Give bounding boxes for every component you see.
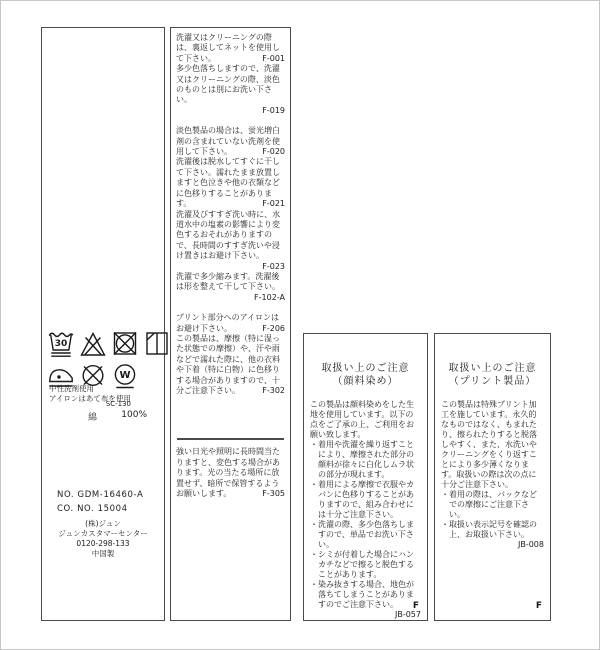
notice-bullet: ・着用や洗濯を繰り返すことにより、摩擦された部分の顔料が徐々に白化しムラ状の部分… [310, 440, 421, 480]
care-symbols-panel: 30 [41, 27, 165, 621]
wash-instruction: プリント部分へのアイロンはお避け下さい。F-206 [176, 313, 285, 334]
instruction-code: F-020 [262, 147, 285, 157]
instruction-code: F-102-A [176, 293, 285, 303]
notice-bullet: ・取扱い表示記号を確認の上、お取扱い下さい。JB-008 [441, 520, 544, 550]
care-note-detergent: 中性洗剤使用 [49, 384, 131, 394]
instruction-code: F-021 [262, 199, 285, 209]
company-info: (株)ジュン ジュンカスタマーセンター 0120-298-133 中国製 [42, 519, 164, 559]
instruction-text: この製品は、摩擦（特に湿った状態での摩擦）や、汗や雨などで濡れた際に、他の衣料や… [176, 334, 280, 395]
instruction-code: F-305 [262, 489, 285, 499]
wash-instruction: この製品は、摩擦（特に湿った状態での摩擦）や、汗や雨などで濡れた際に、他の衣料や… [176, 334, 285, 396]
print-product-notice-panel: 取扱い上のご注意 （プリント製品） この製品は特殊プリント加工を施しています。永… [434, 333, 551, 621]
wash-temp-label: 30 [55, 339, 68, 349]
notice-title-line2: （プリント製品） [441, 375, 544, 388]
country-of-origin: 中国製 [42, 549, 164, 559]
wash-instruction: 洗濯又はクリーニングの際は、裏返してネットを使用して下さい。F-001 [176, 33, 285, 64]
pigment-dye-notice-panel: 取扱い上のご注意 （顔料染め） この製品は顔料染めをした生地を使用しています。以… [303, 333, 428, 621]
instruction-text: 洗濯及びすすぎ洗い時に、水道水中の塩素の影響により変色するおそれがありますので、… [176, 210, 280, 261]
material-composition: 綿 100% [88, 410, 147, 423]
phone-number: 0120-298-133 [42, 539, 164, 549]
notice-title-line2: （顔料染め） [310, 375, 421, 388]
section-divider [177, 438, 284, 440]
do-not-bleach-icon [80, 330, 106, 358]
notice-bullet: ・着用による摩擦で衣服やカバンに色移りすることがありますので、組み合わせには十分… [310, 480, 421, 520]
wet-clean-letter: W [119, 370, 130, 381]
f-mark: F [536, 601, 542, 611]
wash-instruction: 洗濯で多少縮みます。洗濯後は形を整えて干して下さい。F-102-A [176, 272, 285, 303]
notice-bullet: ・洗濯の際、多少色落ちしますので、単品でお洗い下さい。 [310, 520, 421, 550]
storage-instruction: 強い日光や照明に長時間当たりますと、変色する場合があります。光の当たる場所に放置… [176, 447, 285, 499]
fiber-percentage: 100% [121, 410, 147, 423]
notice-bullet: ・染み抜きする場合、地色が落ちてしまうことがありますのでご注意下さい。JB-05… [310, 580, 421, 620]
instruction-code: F-019 [176, 106, 285, 116]
sc-code: SC-130 [106, 400, 131, 408]
notice-title: 取扱い上のご注意 （プリント製品） [441, 362, 544, 388]
notice-bullet: ・シミが付着した場合にハンカチなどで擦ると脱色することがあります。 [310, 550, 421, 580]
fiber-name: 綿 [88, 410, 97, 423]
notice-intro: この製品は特殊プリント加工を施しています。永久的なものではなく、もまれたり、擦ら… [441, 400, 544, 490]
f-mark: F [413, 601, 419, 611]
notice-title-line1: 取扱い上のご注意 [310, 362, 421, 375]
instruction-code: F-206 [262, 324, 285, 334]
wash-instruction: 多少色落ちしますので、洗濯又はクリーニングの際、淡色のものとは別にお洗い下さい。… [176, 64, 285, 116]
wash-instruction: 洗濯及びすすぎ洗い時に、水道水中の塩素の影響により変色するおそれがありますので、… [176, 210, 285, 272]
wash-instruction: 淡色製品の場合は、蛍光増白剤の含まれていない洗剤を使用して下さい。F-020 [176, 126, 285, 157]
notice-bullet: ・着用の際は、バックなどでの摩擦にご注意下さい。 [441, 490, 544, 520]
notice-code: JB-008 [518, 540, 544, 550]
care-symbols-row-1: 30 [48, 330, 161, 358]
instruction-code: F-023 [262, 262, 285, 272]
instruction-text: 多少色落ちしますので、洗濯又はクリーニングの際、淡色のものとは別にお洗い下さい。 [176, 64, 280, 104]
instruction-code: F-001 [262, 54, 285, 64]
wash-instruction: 洗濯後は脱水してすぐに干して下さい。濡れたまま放置しますと色泣きや他の衣類などに… [176, 157, 285, 209]
notice-bullet-text: ・染み抜きする場合、地色が落ちてしまうことがありますのでご注意下さい。 [310, 580, 414, 609]
company-name: (株)ジュン [42, 519, 164, 529]
notice-title: 取扱い上のご注意 （顔料染め） [310, 362, 421, 388]
company-number: CO. NO. 15004 [57, 504, 128, 514]
instruction-code: F-302 [262, 386, 285, 396]
product-number: NO. GDM-16460-A [57, 490, 143, 500]
instruction-text: 洗濯で多少縮みます。洗濯後は形を整えて干して下さい。 [176, 272, 280, 291]
notice-bullet-text: ・取扱い表示記号を確認の上、お取扱い下さい。 [441, 520, 537, 539]
notice-code: JB-057 [395, 610, 421, 620]
wash-instructions-panel: 洗濯又はクリーニングの際は、裏返してネットを使用して下さい。F-001 多少色落… [170, 27, 291, 621]
do-not-tumble-dry-icon [112, 330, 138, 358]
customer-center: ジュンカスタマーセンター [42, 529, 164, 539]
notice-intro: この製品は顔料染めをした生地を使用しています。以下の点をご了承の上、ご利用をお願… [310, 400, 421, 440]
machine-wash-30-very-gentle-icon: 30 [48, 330, 74, 358]
notice-title-line1: 取扱い上のご注意 [441, 362, 544, 375]
line-dry-in-shade-icon [144, 330, 170, 358]
